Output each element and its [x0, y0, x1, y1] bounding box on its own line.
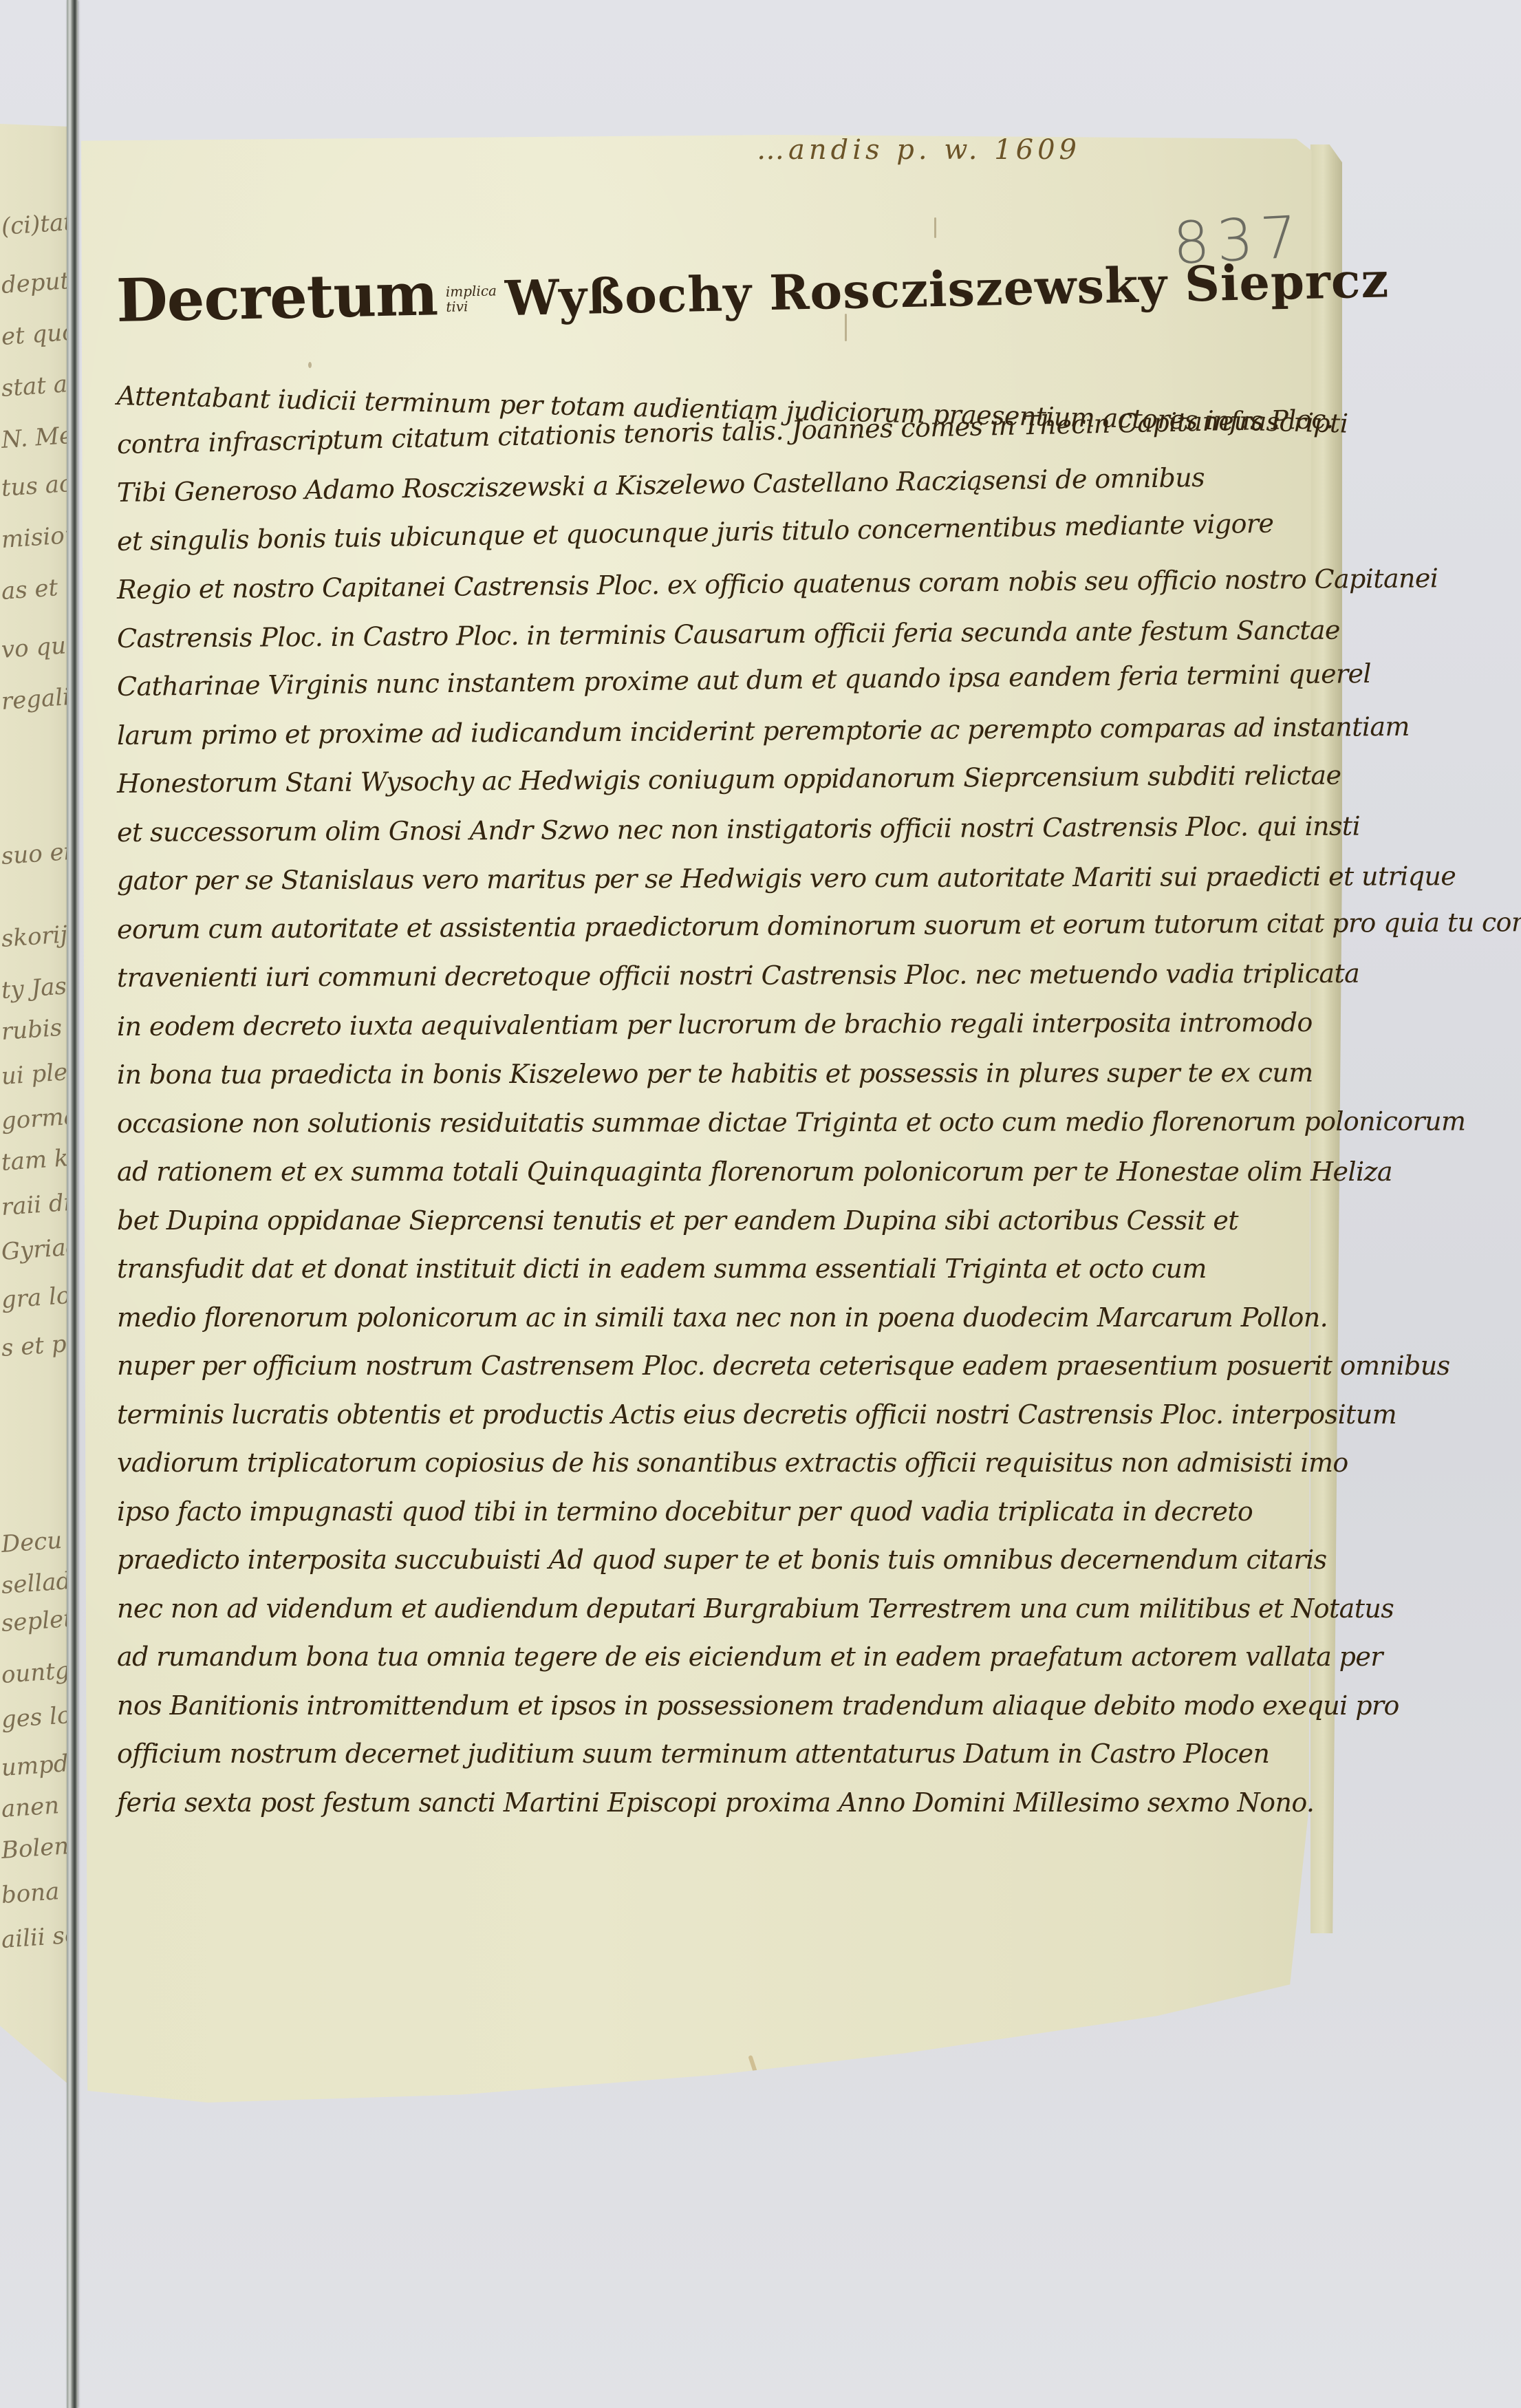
text-line: occasione non solutionis residuitatis su…	[117, 1097, 1204, 1148]
text-line: ad rumandum bona tua omnia tegere de eis…	[117, 1633, 1204, 1681]
book-cradle-rail	[67, 0, 78, 2408]
left-page-fragment: tus ac ii	[1, 469, 69, 502]
left-page-fragment: umpds	[1, 1749, 69, 1782]
left-page-fragment: raii dici	[1, 1187, 69, 1221]
left-page-fragment: as et qu	[1, 572, 69, 605]
left-page-fragment: N. Medyg	[1, 418, 69, 454]
text-line: travenienti iuri communi decretoque offi…	[117, 949, 1204, 1002]
left-page-fragment: ges lo	[1, 1701, 69, 1734]
text-line: vadiorum triplicatorum copiosius de his …	[117, 1439, 1204, 1487]
left-page-fragment: sellad	[1, 1567, 69, 1600]
text-line: in bona tua praedicta in bonis Kiszelewo…	[117, 1049, 1204, 1099]
text-line: nec non ad videndum et audiendum deputar…	[117, 1584, 1204, 1633]
left-page-fragment: Bolen	[1, 1832, 69, 1864]
text-line: transfudit dat et donat instituit dicti …	[117, 1245, 1204, 1293]
left-page-fragment: gra los	[1, 1281, 69, 1314]
text-line: medio florenorum polonicorum ac in simil…	[117, 1293, 1204, 1342]
left-page-fragment: et quod	[1, 317, 69, 351]
text-line: officium nostrum decernet juditium suum …	[117, 1730, 1204, 1778]
left-page-fragment: bona D	[1, 1876, 69, 1909]
text-line: larum primo et proxime ad iudicandum inc…	[117, 703, 1204, 760]
running-head: …andis p. w. 1609	[757, 134, 1081, 166]
left-page-fragment: (ci)tatin mar	[1, 203, 69, 241]
text-line: Regio et nostro Capitanei Castrensis Plo…	[117, 556, 1205, 614]
marginal-note: implica tivi	[446, 283, 497, 314]
left-page-fragment: s et prec	[1, 1328, 69, 1362]
text-line: ad rationem et ex summa totali Quinquagi…	[117, 1148, 1204, 1196]
left-page-fragment: tam kori	[1, 1142, 69, 1176]
decree-title: Decretum	[116, 265, 438, 331]
text-line: eorum cum autoritate et assistentia prae…	[117, 899, 1204, 954]
text-line: praedicto interposita succubuisti Ad quo…	[117, 1536, 1204, 1584]
left-page-fragment: ountgrie	[1, 1655, 69, 1689]
left-page-fragment: regali	[1, 683, 69, 716]
left-page-fragment: suo ein	[1, 837, 69, 870]
text-line: in eodem decreto iuxta aequivalentiam pe…	[117, 998, 1204, 1051]
left-page-fragment: ailii so	[1, 1921, 69, 1954]
left-page-fragment: stat as m	[1, 367, 69, 402]
left-page-fragment: ui plenif	[1, 1056, 69, 1090]
left-page-fragment: ty Jasiu	[1, 971, 69, 1004]
marginal-note-line: tivi	[446, 298, 497, 314]
text-line: feria sexta post festum sancti Martini E…	[117, 1778, 1204, 1827]
left-page-fragment: gorman	[1, 1101, 69, 1135]
marginal-note-line: implica	[446, 283, 497, 299]
text-line: bet Dupina oppidanae Sieprcensi tenutis …	[117, 1196, 1204, 1245]
left-facing-page: (ci)tatin mar deputaus et quod stat as m…	[0, 124, 69, 2085]
text-line: terminis lucratis obtentis et productis …	[117, 1390, 1204, 1439]
text-line: et successorum olim Gnosi Andr Szwo nec …	[117, 802, 1204, 857]
left-page-fragment: sepletas	[1, 1603, 69, 1637]
text-line: gator per se Stanislaus vero maritus per…	[117, 852, 1204, 905]
text-line: nos Banitionis intromittendum et ipsos i…	[117, 1681, 1204, 1730]
left-page-fragment: skorij	[1, 921, 69, 953]
paper-fiber	[934, 217, 936, 238]
text-line: Honestorum Stani Wysochy ac Hedwigis con…	[117, 752, 1204, 808]
decree-body: Attentabant iudicii terminum per totam a…	[117, 372, 1204, 1827]
left-page-fragment: misione	[1, 520, 69, 554]
text-line: nuper per officium nostrum Castrensem Pl…	[117, 1342, 1204, 1390]
text-line: ipso facto impugnasti quod tibi in termi…	[117, 1487, 1204, 1536]
left-page-fragment: deputaus	[1, 264, 69, 299]
left-page-fragment: vo quotis	[1, 629, 69, 664]
paper-speck	[308, 362, 312, 368]
left-page-fragment: rubis Spat	[1, 1010, 69, 1046]
left-page-fragment: anen q	[1, 1790, 69, 1823]
left-page-fragment: Decu	[1, 1527, 63, 1558]
left-page-fragment: Gyriadi	[1, 1232, 69, 1266]
